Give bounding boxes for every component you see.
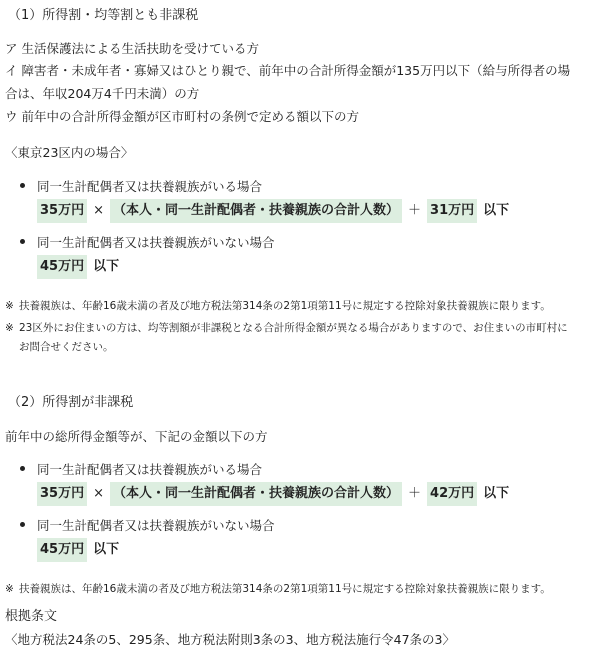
bullet-icon bbox=[20, 239, 25, 244]
section1-case2-label: 同一生計配偶者又は扶養親族がいない場合 bbox=[20, 233, 275, 253]
section2-case2-label: 同一生計配偶者又は扶養親族がいない場合 bbox=[20, 516, 275, 536]
section2-intro: 前年中の総所得金額等が、下記の金額以下の方 bbox=[5, 427, 268, 447]
note-text: 扶養親族は、年齢16歳未満の者及び地方税法第314条の2第1項第11号に規定する… bbox=[19, 300, 551, 312]
case-label: 同一生計配偶者又は扶養親族がいない場合 bbox=[37, 235, 275, 250]
section1-item-a: ア 生活保護法による生活扶助を受けている方 bbox=[5, 39, 259, 59]
section1-item-u: ウ 前年中の合計所得金額が区市町村の条例で定める額以下の方 bbox=[5, 107, 359, 127]
bullet-icon bbox=[20, 466, 25, 471]
section1-case1-label: 同一生計配偶者又は扶養親族がいる場合 bbox=[20, 177, 262, 197]
section1-note2-continued: お問合せください。 bbox=[19, 337, 114, 357]
section2-case1-label: 同一生計配偶者又は扶養親族がいる場合 bbox=[20, 460, 262, 480]
note-text: 扶養親族は、年齢16歳未満の者及び地方税法第314条の2第1項第11号に規定する… bbox=[19, 583, 551, 595]
times-sign: × bbox=[87, 484, 110, 504]
legal-basis-text: 〈地方税法24条の5、295条、地方税法附則3条の3、地方税法施行令47条の3〉 bbox=[5, 630, 455, 650]
bullet-icon bbox=[20, 183, 25, 188]
section1-note1: ※扶養親族は、年齢16歳未満の者及び地方税法第314条の2第1項第11号に規定す… bbox=[5, 296, 551, 316]
case-label: 同一生計配偶者又は扶養親族がいる場合 bbox=[37, 462, 262, 477]
section2-heading: （2）所得割が非課税 bbox=[8, 393, 133, 413]
note-mark: ※ bbox=[5, 579, 19, 599]
multiplier: （本人・同一生計配偶者・扶養親族の合計人数） bbox=[110, 199, 402, 223]
bullet-icon bbox=[20, 522, 25, 527]
section1-case2-formula: 45万円以下 bbox=[37, 255, 125, 279]
section1-case1-formula: 35万円×（本人・同一生計配偶者・扶養親族の合計人数）＋31万円以下 bbox=[37, 199, 515, 223]
legal-basis-title: 根拠条文 bbox=[5, 607, 57, 627]
suffix: 以下 bbox=[477, 201, 515, 221]
suffix: 以下 bbox=[87, 257, 125, 277]
addition-amount: 42万円 bbox=[427, 482, 477, 506]
section1-item-i: イ 障害者・未成年者・寡婦又はひとり親で、前年中の合計所得金額が135万円以下（… bbox=[5, 61, 570, 81]
section1-heading: （1）所得割・均等割とも非課税 bbox=[8, 6, 198, 26]
plus-sign: ＋ bbox=[402, 201, 427, 221]
amount-per-person: 35万円 bbox=[37, 482, 87, 506]
amount: 45万円 bbox=[37, 538, 87, 562]
section1-note2: ※23区外にお住まいの方は、均等割額が非課税となる合計所得金額が異なる場合があり… bbox=[5, 318, 568, 338]
plus-sign: ＋ bbox=[402, 484, 427, 504]
note-mark: ※ bbox=[5, 318, 19, 338]
note-mark: ※ bbox=[5, 296, 19, 316]
case-label: 同一生計配偶者又は扶養親族がいない場合 bbox=[37, 518, 275, 533]
section2-case1-formula: 35万円×（本人・同一生計配偶者・扶養親族の合計人数）＋42万円以下 bbox=[37, 482, 515, 506]
region-label: 〈東京23区内の場合〉 bbox=[5, 143, 133, 163]
section2-note1: ※扶養親族は、年齢16歳未満の者及び地方税法第314条の2第1項第11号に規定す… bbox=[5, 579, 551, 599]
section2-case2-formula: 45万円以下 bbox=[37, 538, 125, 562]
amount-per-person: 35万円 bbox=[37, 199, 87, 223]
times-sign: × bbox=[87, 201, 110, 221]
section1-item-i-continued: 合は、年収204万4千円未満）の方 bbox=[5, 84, 199, 104]
addition-amount: 31万円 bbox=[427, 199, 477, 223]
amount: 45万円 bbox=[37, 255, 87, 279]
multiplier: （本人・同一生計配偶者・扶養親族の合計人数） bbox=[110, 482, 402, 506]
note-text: 23区外にお住まいの方は、均等割額が非課税となる合計所得金額が異なる場合がありま… bbox=[19, 322, 568, 334]
suffix: 以下 bbox=[87, 540, 125, 560]
suffix: 以下 bbox=[477, 484, 515, 504]
case-label: 同一生計配偶者又は扶養親族がいる場合 bbox=[37, 179, 262, 194]
